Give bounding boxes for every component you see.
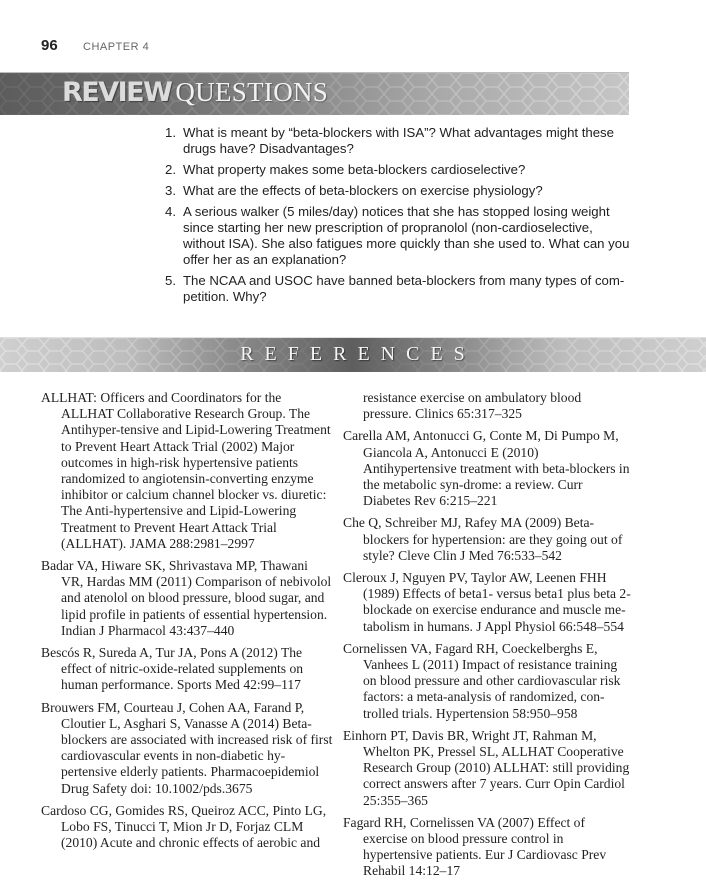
- references-right-column: resistance exercise on ambulatory blood …: [343, 390, 631, 886]
- page-number: 96: [41, 37, 83, 54]
- question-number: 3.: [160, 183, 176, 199]
- question-item: 2. What property makes some beta-blocker…: [160, 162, 630, 178]
- question-item: 3. What are the effects of beta-blockers…: [160, 183, 630, 199]
- question-item: 1. What is meant by “beta-blockers with …: [160, 125, 630, 157]
- reference-entry: Cardoso CG, Gomides RS, Queiroz ACC, Pin…: [41, 803, 333, 852]
- review-title-bold: REVIEW: [62, 77, 171, 108]
- question-text: What is meant by “beta-blockers with ISA…: [183, 125, 630, 157]
- reference-entry: Fagard RH, Cornelissen VA (2007) Effect …: [343, 815, 631, 880]
- question-text: What property makes some beta-blockers c…: [183, 162, 630, 178]
- question-item: 5. The NCAA and USOC have banned beta-bl…: [160, 273, 630, 305]
- review-questions-list: 1. What is meant by “beta-blockers with …: [160, 125, 630, 310]
- reference-entry: Badar VA, Hiware SK, Shrivastava MP, Tha…: [41, 558, 333, 639]
- review-questions-title: REVIEW QUESTIONS: [62, 77, 328, 108]
- review-questions-banner: REVIEW QUESTIONS: [0, 72, 629, 115]
- reference-entry: Che Q, Schreiber MJ, Rafey MA (2009) Bet…: [343, 515, 631, 564]
- question-number: 4.: [160, 204, 176, 268]
- question-text: What are the effects of beta-blockers on…: [183, 183, 630, 199]
- question-text: The NCAA and USOC have banned beta-block…: [183, 273, 630, 305]
- question-number: 5.: [160, 273, 176, 305]
- reference-entry: Cleroux J, Nguyen PV, Taylor AW, Leenen …: [343, 570, 631, 635]
- reference-entry: Einhorn PT, Davis BR, Wright JT, Rahman …: [343, 728, 631, 809]
- question-item: 4. A serious walker (5 miles/day) notice…: [160, 204, 630, 268]
- references-title: REFERENCES: [0, 343, 706, 366]
- reference-entry: Brouwers FM, Courteau J, Cohen AA, Faran…: [41, 700, 333, 797]
- review-title-light: QUESTIONS: [175, 77, 328, 108]
- question-number: 2.: [160, 162, 176, 178]
- references-left-column: ALLHAT: Officers and Coordinators for th…: [41, 390, 333, 857]
- page-header: 96 CHAPTER 4: [41, 37, 149, 54]
- reference-entry: ALLHAT: Officers and Coordinators for th…: [41, 390, 333, 552]
- chapter-label: CHAPTER 4: [83, 41, 149, 53]
- reference-entry-continuation: resistance exercise on ambulatory blood …: [343, 390, 631, 422]
- references-banner: REFERENCES: [0, 337, 706, 372]
- reference-entry: Bescós R, Sureda A, Tur JA, Pons A (2012…: [41, 645, 333, 694]
- reference-entry: Cornelissen VA, Fagard RH, Coeckelberghs…: [343, 641, 631, 722]
- question-text: A serious walker (5 miles/day) notices t…: [183, 204, 630, 268]
- question-number: 1.: [160, 125, 176, 157]
- reference-entry: Carella AM, Antonucci G, Conte M, Di Pum…: [343, 428, 631, 509]
